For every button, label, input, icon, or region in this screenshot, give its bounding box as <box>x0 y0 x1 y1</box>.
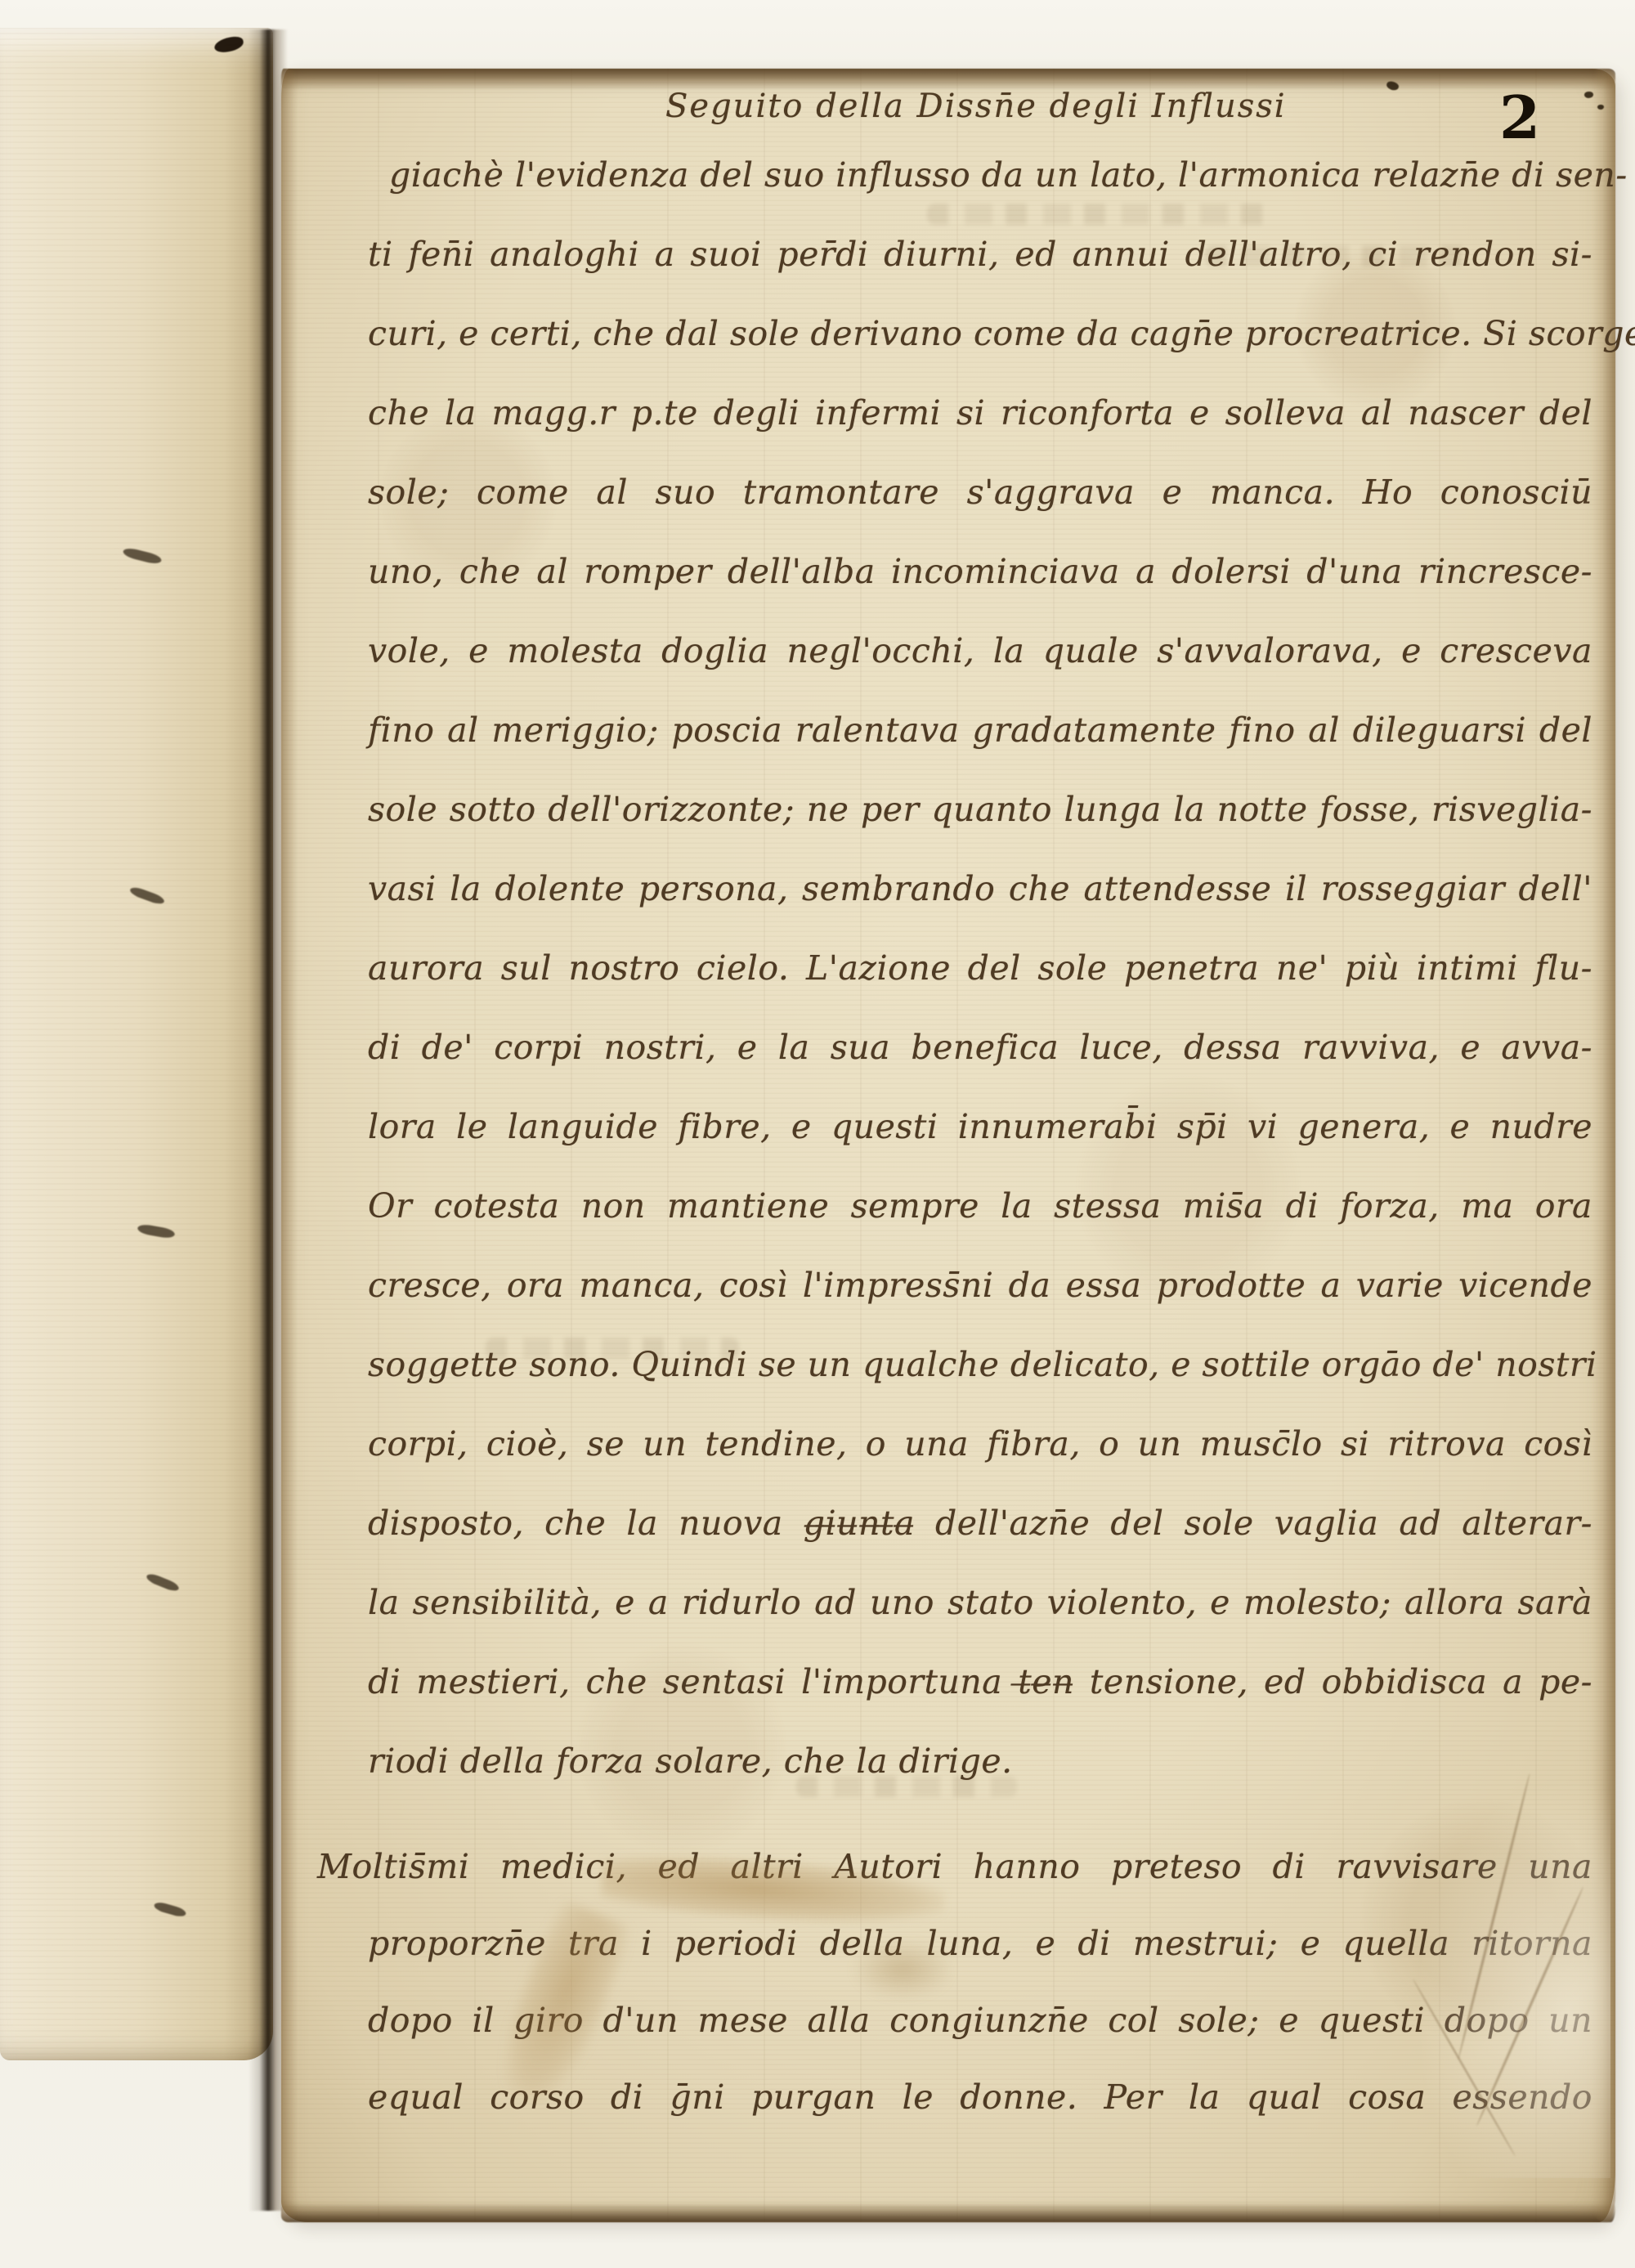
stitch-mark <box>128 885 165 906</box>
page-bottom-edge <box>281 2203 1615 2222</box>
manuscript-line: vasi la dolente persona, sembrando che a… <box>368 849 1592 929</box>
photo-background: 2 Seguito della Dissn̄e degli Influssi g… <box>0 0 1635 2268</box>
stitch-mark <box>145 1572 180 1593</box>
manuscript-line: lora le languide fibre, e questi innumer… <box>368 1087 1592 1167</box>
manuscript-line: Moltis̄mi medici, ed altri Autori hanno … <box>317 1828 1592 1905</box>
manuscript-line: equal corso di ḡni purgan le donne. Per … <box>368 2059 1592 2136</box>
page-left-edge <box>281 69 298 2222</box>
stitch-mark <box>137 1223 175 1239</box>
manuscript-line: sole sotto dell'orizzonte; ne per quanto… <box>368 770 1592 849</box>
paragraph-2: Moltis̄mi medici, ed altri Autori hanno … <box>368 1828 1592 2136</box>
manuscript-line: di mestieri, che sentasi l'importuna t̶e… <box>368 1643 1592 1722</box>
stitch-mark <box>153 1901 186 1919</box>
manuscript-line: corpi, cioè, se un tendine, o una fibra,… <box>368 1405 1592 1484</box>
manuscript-line: di de' corpi nostri, e la sua benefica l… <box>368 1008 1592 1087</box>
manuscript-line: Or cotesta non mantiene sempre la stessa… <box>368 1167 1592 1246</box>
manuscript-line: riodi della forza solare, che la dirige. <box>368 1722 1592 1801</box>
manuscript-line: cresce, ora manca, così l'impress̄ni da … <box>368 1246 1592 1325</box>
manuscript-line: dopo il giro d'un mese alla congiunzn̄e … <box>368 1982 1592 2059</box>
manuscript-line: aurora sul nostro cielo. L'azione del so… <box>368 929 1592 1008</box>
facing-page-edge <box>0 28 273 2060</box>
header-title: Seguito della Dissn̄e degli Influssi <box>665 77 1262 136</box>
manuscript-line: giachè l'evidenza del suo influsso da un… <box>368 136 1592 215</box>
page-right-edge <box>1592 69 1615 2222</box>
manuscript-line: proporzn̄e tra i periodi della luna, e d… <box>368 1905 1592 1982</box>
stitch-mark <box>122 546 162 565</box>
manuscript-line: fino al meriggio; poscia ralentava grada… <box>368 691 1592 770</box>
manuscript-line: sole; come al suo tramontare s'aggrava e… <box>368 453 1592 532</box>
ink-speck <box>1597 105 1604 110</box>
manuscript-line: vole, e molesta doglia negl'occhi, la qu… <box>368 612 1592 691</box>
manuscript-line: curi, e certi, che dal sole derivano com… <box>368 294 1592 374</box>
paragraph-1: giachè l'evidenza del suo influsso da un… <box>368 136 1592 1801</box>
manuscript-line: che la magg.r p.te degli infermi si rico… <box>368 374 1592 453</box>
manuscript-line: uno, che al romper dell'alba incominciav… <box>368 532 1592 612</box>
ink-speck <box>1584 92 1593 98</box>
manuscript-line: disposto, che la nuova g̶i̶u̶n̶t̶a̶ dell… <box>368 1484 1592 1563</box>
ink-speck <box>1386 80 1400 92</box>
manuscript-line: la sensibilità, e a ridurlo ad uno stato… <box>368 1563 1592 1643</box>
manuscript-page: 2 Seguito della Dissn̄e degli Influssi g… <box>281 69 1615 2222</box>
manuscript-line: ti fen̄i analoghi a suoi per̄di diurni, … <box>368 215 1592 294</box>
manuscript-line: soggette sono. Quindi se un qualche deli… <box>368 1325 1592 1405</box>
manuscript-photo: { "page": { "number": "2", "header": "Se… <box>0 0 1635 2268</box>
